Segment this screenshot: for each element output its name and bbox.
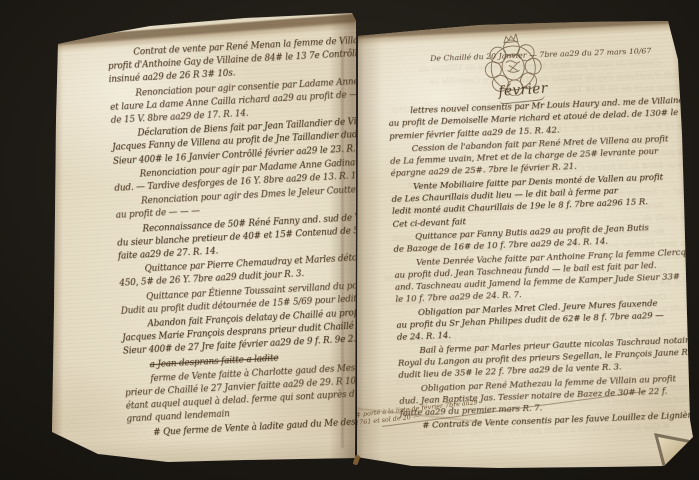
left-page-text: Contrat de vente par René Menan la femme… [107, 35, 377, 442]
right-page: Contrat de vente par René Menan la femme… [352, 14, 699, 480]
deckle-edge-left [51, 38, 63, 458]
right-page-text: lettres nouvel consentis par Mr Louis Ha… [388, 95, 680, 434]
archive-photo: Contrat de vente par René Menan la femme… [0, 0, 699, 480]
left-page: Contrat de vente par René Menan la femme… [45, 8, 360, 470]
